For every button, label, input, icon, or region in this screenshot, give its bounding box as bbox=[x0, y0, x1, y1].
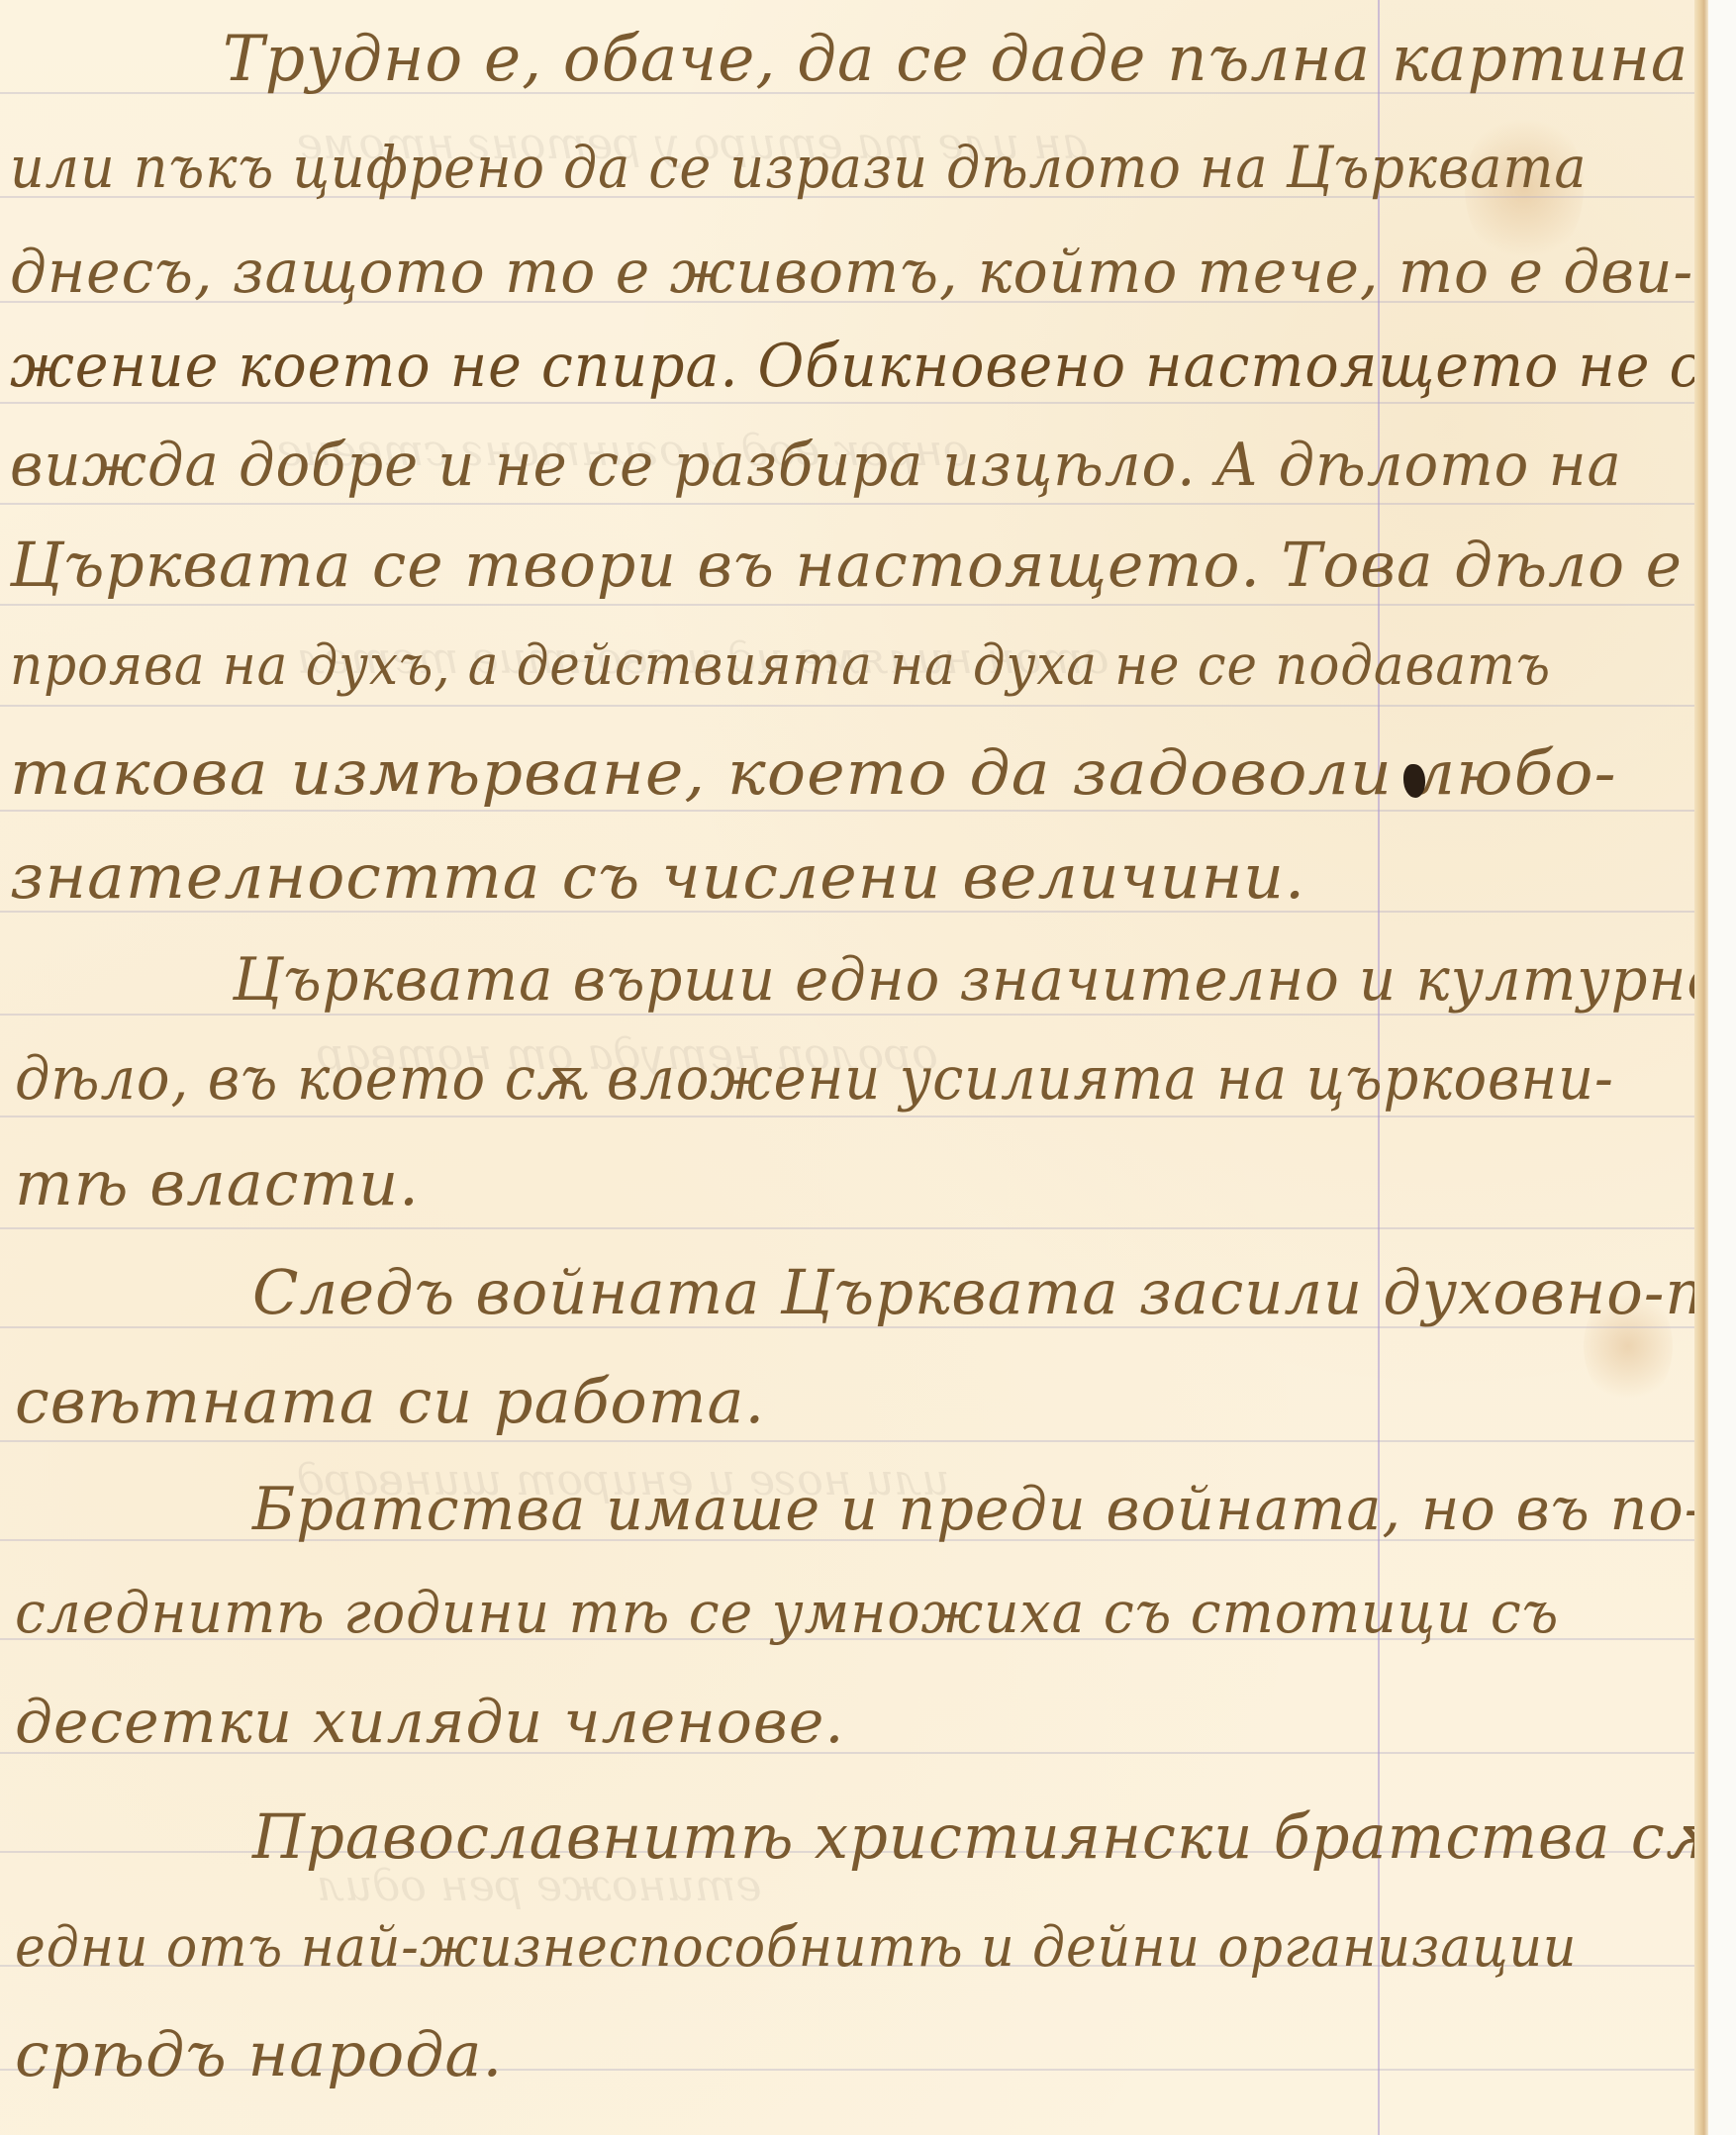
ruled-line bbox=[0, 810, 1694, 812]
handwritten-line: тѣ власти. bbox=[15, 1153, 420, 1214]
handwritten-line: дѣло, въ което сѫ вложени усилията на цъ… bbox=[15, 1049, 1614, 1109]
handwritten-line: следнитѣ години тѣ се умножиха съ стотиц… bbox=[15, 1584, 1559, 1641]
handwritten-line: жение което не спира. Обикновено настоящ… bbox=[10, 337, 1704, 396]
handwritten-line: едни отъ най-жизнеспособнитѣ и дейни орг… bbox=[15, 1920, 1577, 1976]
handwritten-line: знателността съ числени величини. bbox=[10, 846, 1305, 908]
handwritten-line: Трудно е, обаче, да се даде пълна картин… bbox=[223, 28, 1688, 91]
handwritten-line: Църквата се твори въ настоящето. Това дѣ… bbox=[10, 534, 1683, 596]
handwritten-line: днесъ, защото то е животъ, който тече, т… bbox=[10, 243, 1693, 302]
handwritten-line: Братства имаше и преди войната, но въ по… bbox=[252, 1480, 1704, 1539]
ruled-line bbox=[0, 402, 1694, 404]
ruled-line bbox=[0, 1116, 1694, 1117]
ruled-line bbox=[0, 1227, 1694, 1229]
handwritten-line: вижда добре и не се разбира изцѣло. А дѣ… bbox=[10, 436, 1622, 495]
ink-blot bbox=[1403, 764, 1425, 798]
handwritten-line: десетки хиляди членове. bbox=[15, 1693, 844, 1752]
handwritten-line: свѣтната си работа. bbox=[15, 1371, 765, 1432]
page-edge bbox=[1694, 0, 1709, 2135]
scan-background bbox=[1708, 0, 1736, 2135]
handwritten-line: такова измѣрване, което да задоволи любо… bbox=[10, 742, 1617, 804]
handwritten-line: Църквата върши едно значително и културн… bbox=[233, 950, 1704, 1010]
handwritten-line: проява на духъ, а действията на духа не … bbox=[10, 638, 1551, 694]
handwritten-line: Православнитѣ християнски братства сѫ bbox=[252, 1806, 1704, 1868]
ruled-line bbox=[0, 604, 1694, 606]
manuscript-page: ан иле та етиро у ретонг нтоме онрок вод… bbox=[0, 0, 1704, 2135]
handwritten-line: Следъ войната Църквата засили духовно-пр… bbox=[252, 1262, 1704, 1323]
handwritten-line: срѣдъ народа. bbox=[15, 2024, 503, 2086]
handwritten-line: или пъкъ цифрено да се изрази дѣлото на … bbox=[10, 139, 1588, 196]
ruled-line bbox=[0, 1440, 1694, 1442]
ruled-line bbox=[0, 503, 1694, 505]
ruled-line bbox=[0, 705, 1694, 707]
